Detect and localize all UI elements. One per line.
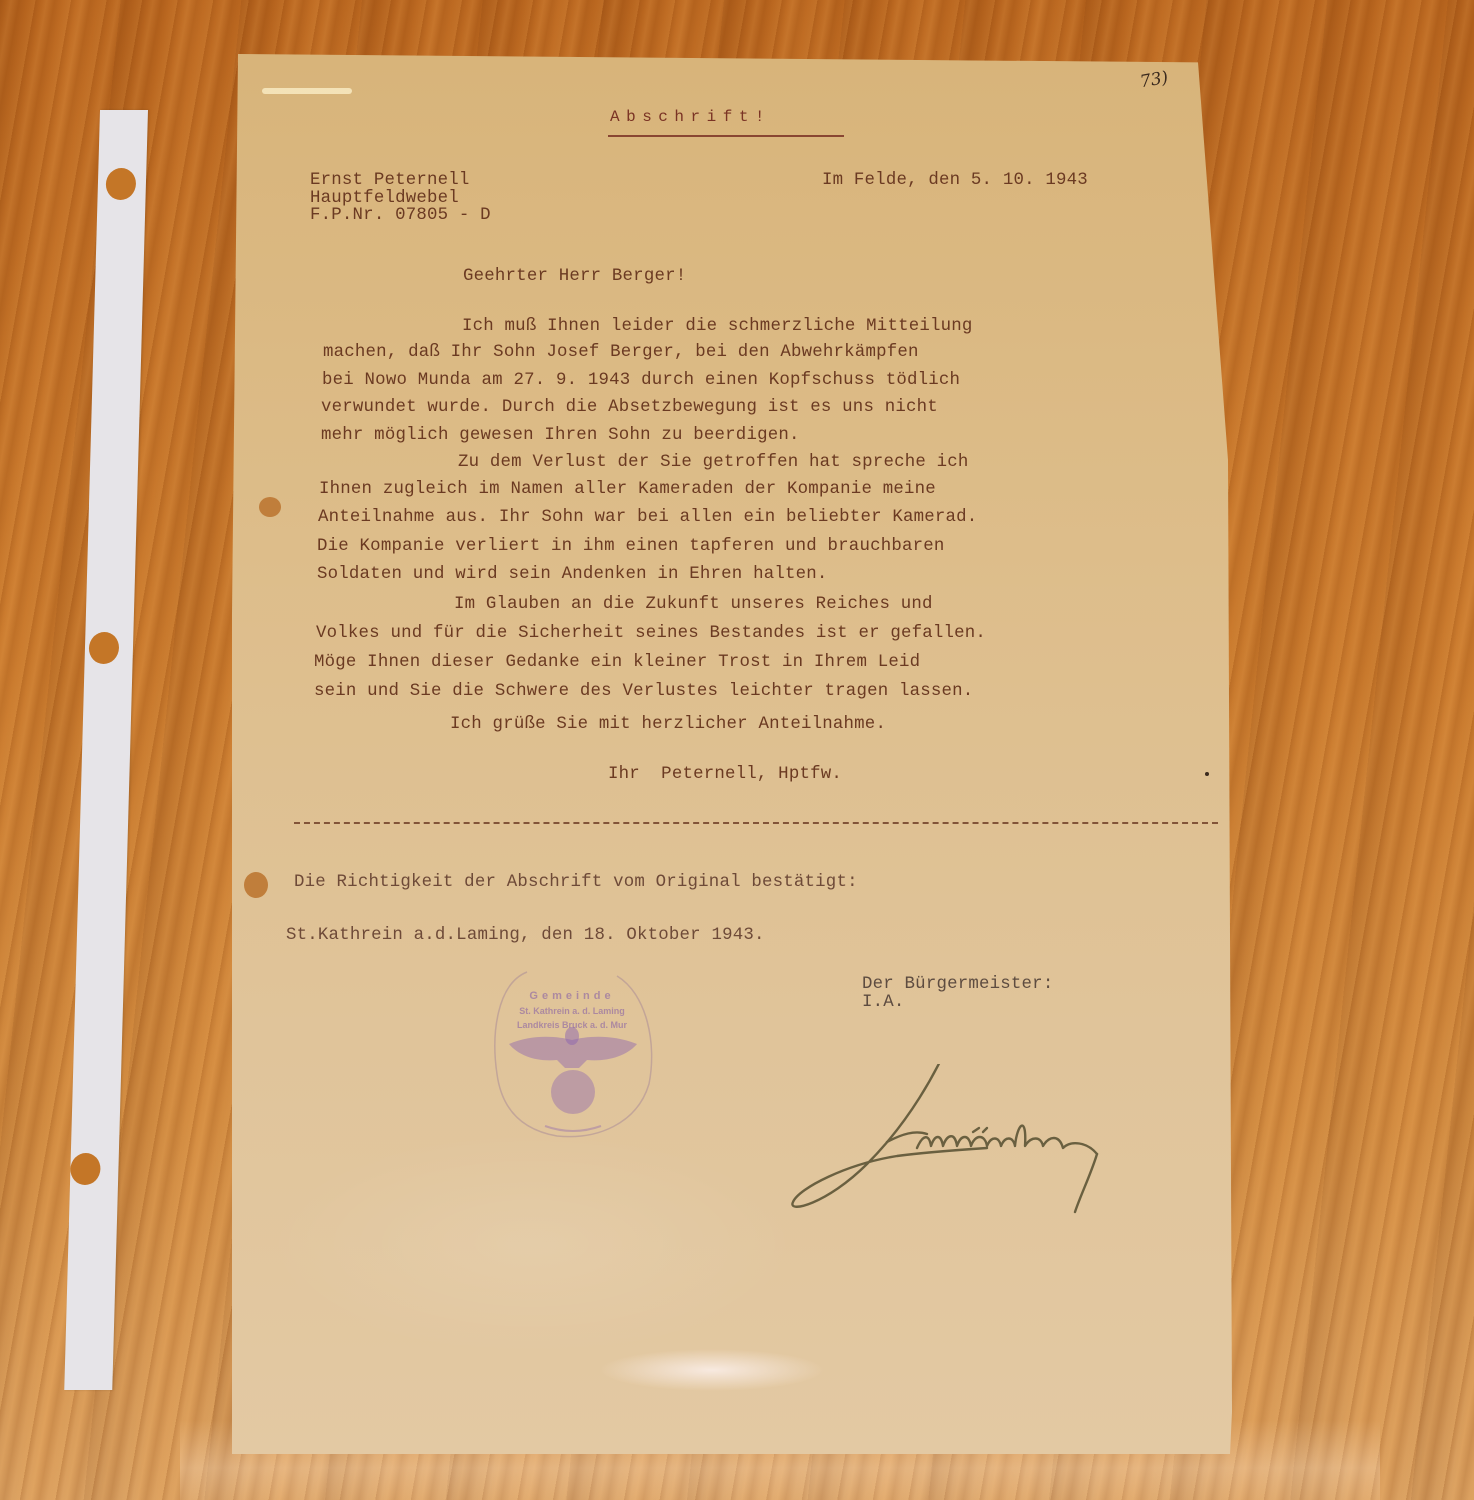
ink-dot [1205, 772, 1209, 776]
body-line: Ich muß Ihnen leider die schmerzliche Mi… [462, 318, 973, 335]
body-line: Anteilnahme aus. Ihr Sohn war bei allen … [318, 509, 977, 526]
body-line: machen, daß Ihr Sohn Josef Berger, bei d… [323, 344, 919, 361]
body-line: Möge Ihnen dieser Gedanke ein kleiner Tr… [314, 654, 920, 671]
stamp-line: St. Kathrein a. d. Laming [487, 1006, 657, 1016]
body-line: Ich grüße Sie mit herzlicher Anteilnahme… [450, 716, 886, 733]
body-line: Im Glauben an die Zukunft unseres Reiche… [454, 596, 933, 613]
separator-line [294, 822, 1218, 824]
letter-page: 73) Abschrift! Ernst Peternell Hauptfeld… [232, 54, 1232, 1454]
salutation: Geehrter Herr Berger! [463, 268, 686, 285]
handwritten-signature-icon [787, 1064, 1117, 1224]
closing-signature-line: Ihr Peternell, Hptfw. [608, 766, 842, 783]
sender-name: Ernst Peternell [310, 172, 470, 189]
page-number-annotation: 73) [1138, 68, 1169, 93]
binder-hole [89, 632, 120, 664]
on-behalf-label: I.A. [862, 994, 905, 1011]
punch-stain [259, 497, 281, 517]
body-line: bei Nowo Munda am 27. 9. 1943 durch eine… [322, 372, 960, 389]
stamp-line: Gemeinde [487, 990, 657, 1002]
official-stamp: Gemeinde St. Kathrein a. d. Laming Landk… [487, 964, 657, 1139]
binder-hole [70, 1153, 101, 1185]
signatory-title: Der Bürgermeister: [862, 976, 1053, 993]
body-line: Ihnen zugleich im Namen aller Kameraden … [319, 481, 936, 498]
document-title: Abschrift! [610, 109, 771, 125]
stamp-line: Landkreis Bruck a. d. Mur [487, 1020, 657, 1030]
punch-stain [244, 872, 268, 898]
body-line: Soldaten und wird sein Andenken in Ehren… [317, 566, 828, 583]
body-line: verwundet wurde. Durch die Absetzbewegun… [321, 399, 938, 416]
certification-place-date: St.Kathrein a.d.Laming, den 18. Oktober … [286, 927, 765, 944]
title-underline [608, 135, 844, 137]
body-line: mehr möglich gewesen Ihren Sohn zu beerd… [321, 427, 800, 444]
body-line: sein und Sie die Schwere des Verlustes l… [314, 683, 973, 700]
sender-field-post: F.P.Nr. 07805 - D [310, 207, 491, 224]
binder-hole [105, 168, 136, 200]
certification-statement: Die Richtigkeit der Abschrift vom Origin… [294, 874, 858, 891]
body-line: Zu dem Verlust der Sie getroffen hat spr… [458, 454, 969, 471]
sender-rank: Hauptfeldwebel [310, 190, 459, 207]
body-line: Die Kompanie verliert in ihm einen tapfe… [317, 538, 945, 555]
place-date: Im Felde, den 5. 10. 1943 [822, 172, 1088, 189]
body-line: Volkes und für die Sicherheit seines Bes… [316, 625, 986, 642]
paper-tear [262, 88, 352, 94]
